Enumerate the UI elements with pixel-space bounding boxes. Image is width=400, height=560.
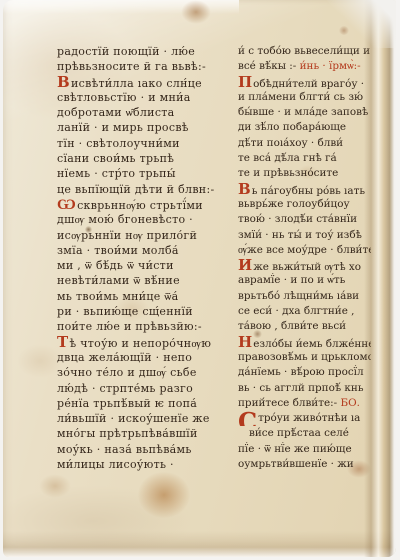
text-segment: ми́лицы лисоу́ють · [57, 458, 174, 471]
text-line: двца жела́ющїй · непо [57, 350, 235, 365]
text-segment: оумрьтви́вшенїе · жи [238, 458, 354, 470]
page-curl-right-edge [364, 0, 396, 557]
text-segment: сїани свои́мь трьпѣ [57, 152, 174, 165]
text-segment: се еси́ · дха блгтни́е , [238, 305, 354, 317]
text-segment: аврамї́е · и по и ѡ́ть [238, 274, 345, 286]
text-segment: мь твои́мь мни́це ѿа́ [57, 290, 179, 303]
text-line: моу́кь · наза́ вьпѣва́мь [57, 442, 235, 457]
text-line: Вь па́гоубны ро́вь ıать [238, 182, 371, 197]
text-line: ѹ́же все моу́дре · блви́те:- [238, 243, 371, 258]
text-line: ми́лицы лисоу́ють · [57, 457, 235, 472]
text-segment: прий́тесе блви́те:- [238, 397, 340, 409]
text-line: оумрьтви́вшенїе · жи [238, 457, 371, 472]
text-segment: лю́дѣ · стрпте́мь разго [57, 382, 193, 395]
text-line: зо́чно те́ло и дшѹ́ сьбе [57, 365, 235, 380]
rubric-initial: Н [238, 335, 252, 350]
text-line: аврамї́е · и по и ѡ́ть [238, 273, 371, 288]
left-text-column: радостїй поющїй · лю́епрѣвьзносите й га … [57, 44, 235, 472]
page-top-highlight [3, 0, 239, 14]
text-line: и пла́мени блгти́ сь зю́ [238, 90, 371, 105]
page-bottom-edge [3, 531, 396, 557]
text-line: сїани свои́мь трьпѣ [57, 151, 235, 166]
parchment-stain [39, 474, 71, 498]
rubric-text: БО. [340, 397, 359, 409]
text-line: все́ вѣ́кы :- и́нь · їрмѡ̀:- [238, 59, 371, 74]
rubric-initial: П [238, 75, 252, 90]
text-segment: ви́се прѣ́стаа селе́ [249, 427, 349, 439]
page-curl-top-right [326, 0, 396, 48]
rubric-initial: И [238, 258, 252, 273]
text-segment: езло́бы и́емь блже́нне · [253, 338, 371, 350]
text-line: свѣтловьстїю · и мни́а [57, 90, 235, 105]
text-line: добротами ѡ̑блиста [57, 105, 235, 120]
text-line: дѣ́ти поıа́хоу · блви́ [238, 136, 371, 151]
text-line: змїи́ · нь ты́ и тоу́ избѣ [238, 228, 371, 243]
text-line: ри · вьпию́ще сщ́еннїй [57, 304, 235, 319]
text-segment: вь · сь агглй прпоѣ́ кнь [238, 382, 364, 394]
text-line: ре́нїа трьпѣ́вый ѥ попа́ [57, 396, 235, 411]
text-line: те и прѣвьзно́сите [238, 166, 371, 181]
manuscript-page: радостїй поющїй · лю́епрѣвьзносите й га … [3, 0, 396, 557]
rubric-initial: Т [57, 335, 68, 350]
text-segment: все́ вѣ́кы :- [238, 60, 300, 72]
text-segment: бы́вше · и мла́де заповѣ [238, 106, 368, 118]
parchment-stain [138, 472, 190, 518]
text-line: пї́е · ѿ нї́е же пию́ще [238, 442, 371, 457]
text-line: Незло́бы и́емь блже́нне · [238, 335, 371, 350]
text-line: ди зѣ́ло побара́юще [238, 120, 371, 135]
text-segment: ре́нїа трьпѣ́вый ѥ попа́ [57, 397, 197, 410]
text-line: мно́гы прѣтрьпѣва́вшїй [57, 426, 235, 441]
text-segment: ди зѣ́ло побара́юще [238, 121, 346, 133]
text-line: те вса́ дѣ́ла гнѣ га́ [238, 151, 371, 166]
text-segment: невѣти́лами ѿ вѣ́ние [57, 274, 180, 287]
text-segment: твою́ · злодѣ́и ста́внїи [238, 213, 357, 225]
text-segment: зо́чно те́ло и дшѹ́ сьбе [57, 366, 197, 379]
text-segment: дшѹ мою́ бгоневѣсто · [57, 213, 193, 226]
text-line: тїн · свѣтолоучни́ми [57, 136, 235, 151]
text-line: ланїй · и мирь просвѣ [57, 120, 235, 135]
text-segment: ѹ́же все моу́дре · блви́те:- [238, 244, 371, 256]
text-segment: дѣ́ти поıа́хоу · блви́ [238, 137, 343, 149]
text-line: бы́вше · и мла́де заповѣ [238, 105, 371, 120]
text-segment: исвѣти́лла ıако слн́це [71, 77, 202, 90]
text-line: вьврь́же голоуби́цоу [238, 197, 371, 212]
text-line: прий́тесе блви́те:- БО. [238, 396, 371, 411]
rubric-text: и́нь · їрмѡ̀:- [300, 60, 361, 72]
text-line: вь · сь агглй прпоѣ́ кнь [238, 381, 371, 396]
text-segment: ми , ѿ бѣ́дь ѿ чи́сти [57, 259, 174, 272]
text-segment: ланїй · и мирь просвѣ [57, 121, 189, 134]
text-segment: да́нїемь · вѣ́рою просї́л [238, 366, 364, 378]
text-segment: радостїй поющїй · лю́е [57, 45, 195, 58]
text-line: Побѣдни́телй враго́у · [238, 75, 371, 90]
text-line: ви́се прѣ́стаа селе́ [238, 426, 371, 441]
text-line: це вьпїющїй дѣти й блвн:- [57, 182, 235, 197]
text-line: Тѣ чтоу́ю и непоро́чнѹю [57, 335, 235, 350]
text-line: лю́дѣ · стрпте́мь разго [57, 381, 235, 396]
text-segment: мно́гы прѣтрьпѣва́вшїй [57, 427, 198, 440]
text-segment: ри · вьпию́ще сщ́еннїй [57, 305, 193, 318]
text-segment: змїа · твои́ми молба́ [57, 244, 179, 257]
text-line: Ѡскврьннѹ́ю стрьтї́ми [57, 197, 235, 212]
text-segment: це вьпїющїй дѣти й блвн:- [57, 183, 214, 196]
text-segment: змїи́ · нь ты́ и тоу́ избѣ [238, 229, 362, 241]
text-segment: исѹрьннїи нѹ прило́гй [57, 229, 197, 242]
rubric-initial: В [57, 75, 70, 90]
text-line: та́вою , блви́те вьси́ [238, 319, 371, 334]
text-line: правозовѣ́мь и црькломоу́ [238, 350, 371, 365]
text-line: твою́ · злодѣ́и ста́внїи [238, 212, 371, 227]
text-line: да́нїемь · вѣ́рою просї́л [238, 365, 371, 380]
text-segment: прѣвьзносите й га вьвѣ:- [57, 60, 206, 73]
text-segment: ѣ чтоу́ю и непоро́чнѹю [69, 337, 211, 350]
text-segment: та́вою , блви́те вьси́ [238, 320, 346, 332]
text-line: дшѹ мою́ бгоневѣсто · [57, 212, 235, 227]
text-segment: свѣтловьстїю · и мни́а [57, 91, 191, 104]
text-segment: скврьннѹ́ю стрьтї́ми [77, 199, 203, 212]
text-line: невѣти́лами ѿ вѣ́ние [57, 273, 235, 288]
rubric-initial: Ѡ [57, 197, 76, 212]
text-line: ми , ѿ бѣ́дь ѿ чи́сти [57, 258, 235, 273]
text-segment: ли́вьшїй · искоу́шенїе же [57, 412, 210, 425]
text-segment: тро́уи живо́тнѣи ıа [258, 412, 360, 424]
text-segment: пои́те лю́е и прѣвьзйю:- [57, 320, 202, 333]
text-line: пои́те лю́е и прѣвьзйю:- [57, 319, 235, 334]
text-segment: правозовѣ́мь и црькломоу́ [238, 351, 371, 363]
text-line: ли́вьшїй · искоу́шенїе же [57, 411, 235, 426]
text-line: нїемь · стр́то трьпы́ [57, 166, 235, 181]
rubric-initial: С [238, 417, 257, 426]
text-line: се еси́ · дха блгтни́е , [238, 304, 371, 319]
text-line: прѣвьзносите й га вьвѣ:- [57, 59, 235, 74]
text-segment: те вса́ дѣ́ла гнѣ га́ [238, 152, 337, 164]
text-line: мь твои́мь мни́це ѿа́ [57, 289, 235, 304]
text-segment: и пла́мени блгти́ сь зю́ [238, 91, 363, 103]
text-segment: врьтьбо́ лѣщни́мь ıа́ви [238, 290, 359, 302]
text-segment: же вьжи́тый ѹтѣ хо [253, 261, 361, 273]
rubric-initial: В [238, 182, 251, 197]
text-segment: тїн · свѣтолоучни́ми [57, 137, 180, 150]
photograph-background: радостїй поющїй · лю́епрѣвьзносите й га … [0, 0, 400, 560]
right-text-column: и́ с тобо́ю вьвесели́щи и вьвсе́ вѣ́кы :… [238, 44, 371, 472]
text-line: исѹрьннїи нѹ прило́гй [57, 228, 235, 243]
text-line: змїа · твои́ми молба́ [57, 243, 235, 258]
text-segment: те и прѣвьзно́сите [238, 167, 338, 179]
text-segment: нїемь · стр́то трьпы́ [57, 167, 176, 180]
text-line: врьтьбо́ лѣщни́мь ıа́ви [238, 289, 371, 304]
text-segment: моу́кь · наза́ вьпѣва́мь [57, 443, 192, 456]
text-segment: пї́е · ѿ нї́е же пию́ще [238, 443, 352, 455]
text-segment: двца жела́ющїй · непо [57, 351, 192, 364]
text-segment: добротами ѡ̑блиста [57, 106, 175, 119]
text-line: Стро́уи живо́тнѣи ıа [238, 411, 371, 426]
text-segment: вьврь́же голоуби́цоу [238, 198, 350, 210]
text-segment: обѣдни́телй враго́у · [253, 78, 364, 90]
text-line: Висвѣти́лла ıако слн́це [57, 75, 235, 90]
text-line: радостїй поющїй · лю́е [57, 44, 235, 59]
text-segment: ь па́гоубны ро́вь ıать [252, 185, 365, 197]
text-line: Иже вьжи́тый ѹтѣ хо [238, 258, 371, 273]
